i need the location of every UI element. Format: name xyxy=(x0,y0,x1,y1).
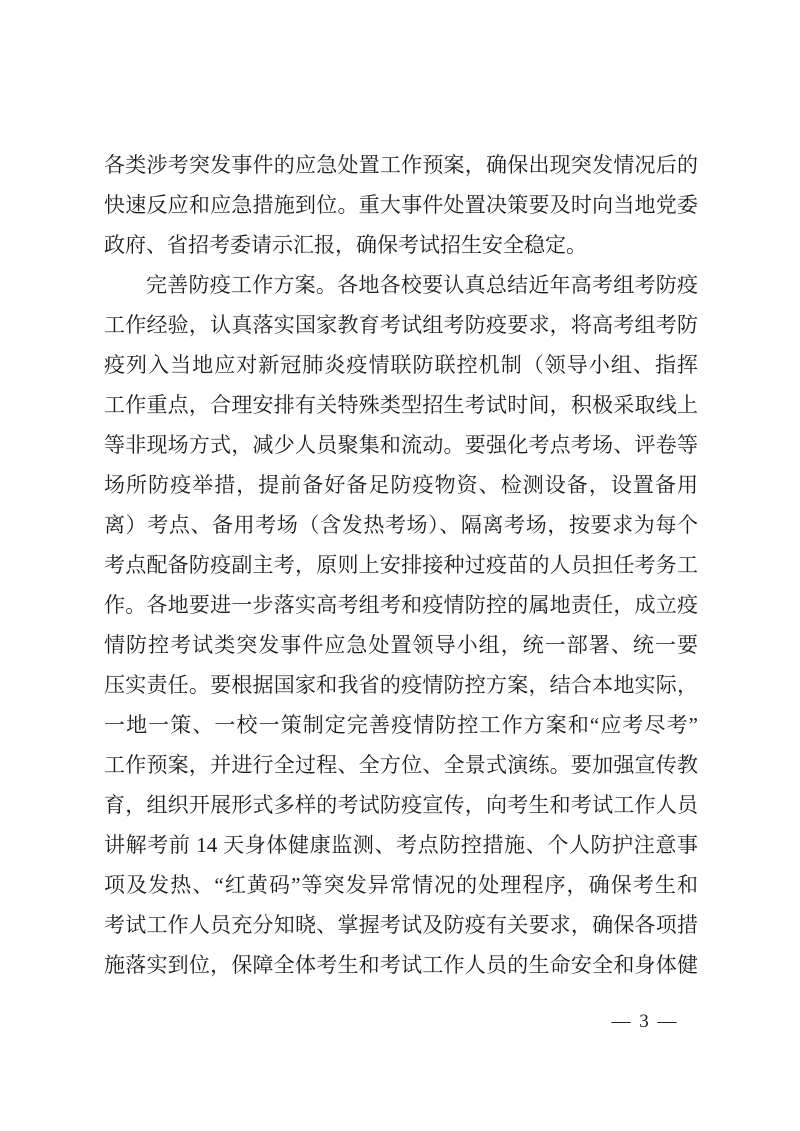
text-line: 场所防疫举措，提前备好备足防疫物资、检测设备，设置备用（隔 xyxy=(104,465,698,505)
text-line: 工作经验，认真落实国家教育考试组考防疫要求，将高考组考防 xyxy=(104,305,698,345)
text-line: 等非现场方式，减少人员聚集和流动。要强化考点考场、评卷等 xyxy=(104,425,698,465)
text-line: 育，组织开展形式多样的考试防疫宣传，向考生和考试工作人员 xyxy=(104,785,698,825)
text-line: 各类涉考突发事件的应急处置工作预案，确保出现突发情况后的 xyxy=(104,145,698,185)
page-number: — 3 — xyxy=(0,1010,800,1034)
document-page: 各类涉考突发事件的应急处置工作预案，确保出现突发情况后的快速反应和应急措施到位。… xyxy=(0,0,800,1131)
text-line: 疫列入当地应对新冠肺炎疫情联防联控机制（领导小组、指挥部） xyxy=(104,345,698,385)
text-line: 一地一策、一校一策制定完善疫情防控工作方案和“应考尽考” xyxy=(104,705,698,745)
paragraph: 完善防疫工作方案。各地各校要认真总结近年高考组考防疫工作经验，认真落实国家教育考… xyxy=(104,265,698,985)
text-line: 工作重点，合理安排有关特殊类型招生考试时间，积极采取线上 xyxy=(104,385,698,425)
text-line: 政府、省招考委请示汇报，确保考试招生安全稳定。 xyxy=(104,225,698,265)
text-line: 讲解考前 14 天身体健康监测、考点防控措施、个人防护注意事 xyxy=(104,825,698,865)
text-line: 完善防疫工作方案。各地各校要认真总结近年高考组考防疫 xyxy=(104,265,698,305)
text-line: 工作预案，并进行全过程、全方位、全景式演练。要加强宣传教 xyxy=(104,745,698,785)
text-line: 快速反应和应急措施到位。重大事件处置决策要及时向当地党委 xyxy=(104,185,698,225)
paragraph: 各类涉考突发事件的应急处置工作预案，确保出现突发情况后的快速反应和应急措施到位。… xyxy=(104,145,698,265)
text-line: 考试工作人员充分知晓、掌握考试及防疫有关要求，确保各项措 xyxy=(104,905,698,945)
text-line: 离）考点、备用考场（含发热考场）、隔离考场，按要求为每个 xyxy=(104,505,698,545)
text-line: 压实责任。要根据国家和我省的疫情防控方案，结合本地实际， xyxy=(104,665,698,705)
text-line: 情防控考试类突发事件应急处置领导小组，统一部署、统一要求， xyxy=(104,625,698,665)
text-line: 考点配备防疫副主考，原则上安排接种过疫苗的人员担任考务工 xyxy=(104,545,698,585)
document-body-text: 各类涉考突发事件的应急处置工作预案，确保出现突发情况后的快速反应和应急措施到位。… xyxy=(104,145,698,985)
text-line: 项及发热、“红黄码”等突发异常情况的处理程序，确保考生和 xyxy=(104,865,698,905)
text-line: 作。各地要进一步落实高考组考和疫情防控的属地责任，成立疫 xyxy=(104,585,698,625)
text-line: 施落实到位，保障全体考生和考试工作人员的生命安全和身体健 xyxy=(104,945,698,985)
